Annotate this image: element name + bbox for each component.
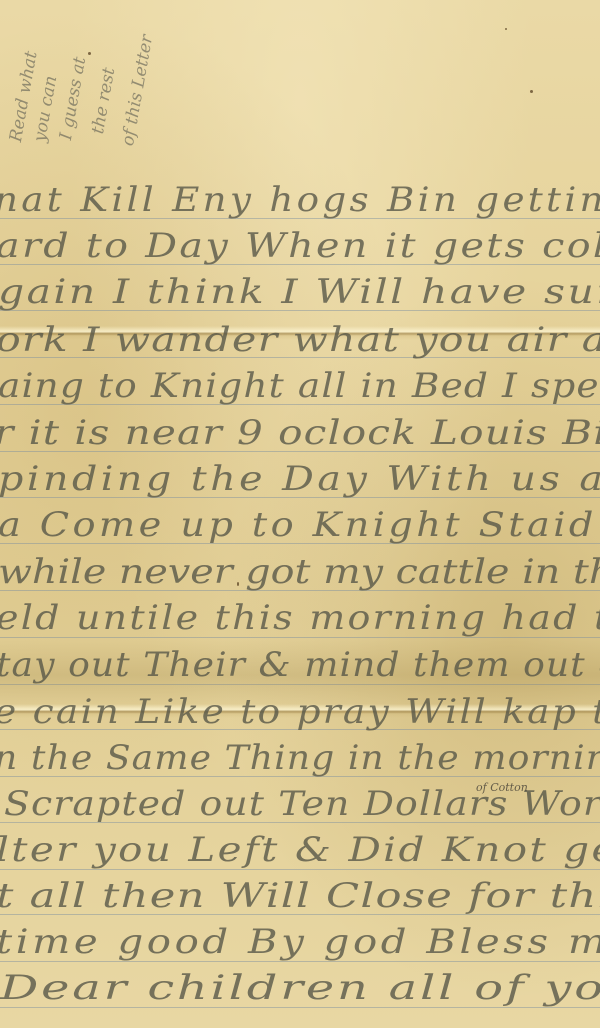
letter-line: time good By god Bless my	[0, 922, 600, 962]
letter-line: pinding the Day With us all	[0, 459, 600, 499]
letter-line: tay out Their & mind them out of	[0, 645, 600, 685]
paper-speck	[88, 52, 91, 55]
letter-line: r it is near 9 oclock Louis Bin	[0, 413, 600, 453]
letter-line: Dear children all of you	[0, 968, 600, 1008]
letter-line: a Come up to Knight Staid a	[0, 505, 600, 545]
margin-note-line: of this Letter	[118, 33, 157, 147]
letter-line: t all then Will Close for this	[0, 876, 600, 916]
letter-line: ork I wander what you air all	[0, 320, 600, 360]
interlinear-insertion: of Cotton	[476, 781, 528, 794]
paper-speck	[530, 90, 533, 93]
letter-line: gain I think I Will have sum	[0, 272, 600, 312]
letter-line: lter you Left & Did Knot get	[0, 830, 600, 870]
letter-page: Read what you can I guess at the rest of…	[0, 0, 600, 1028]
margin-note-line: the rest	[88, 66, 119, 135]
letter-line: ard to Day When it gets cold	[0, 226, 600, 266]
letter-line: while never got my cattle in the	[0, 552, 600, 592]
letter-line: nat Kill Eny hogs Bin getting	[0, 180, 600, 220]
letter-line: aing to Knight all in Bed I spect	[0, 366, 600, 406]
letter-line: n the Same Thing in the morning	[0, 738, 600, 778]
paper-speck	[505, 28, 507, 30]
letter-line: e cain Like to pray Will kap to	[0, 692, 600, 732]
letter-line: eld untile this morning had to	[0, 598, 600, 638]
margin-note-line: I guess at	[56, 55, 90, 141]
